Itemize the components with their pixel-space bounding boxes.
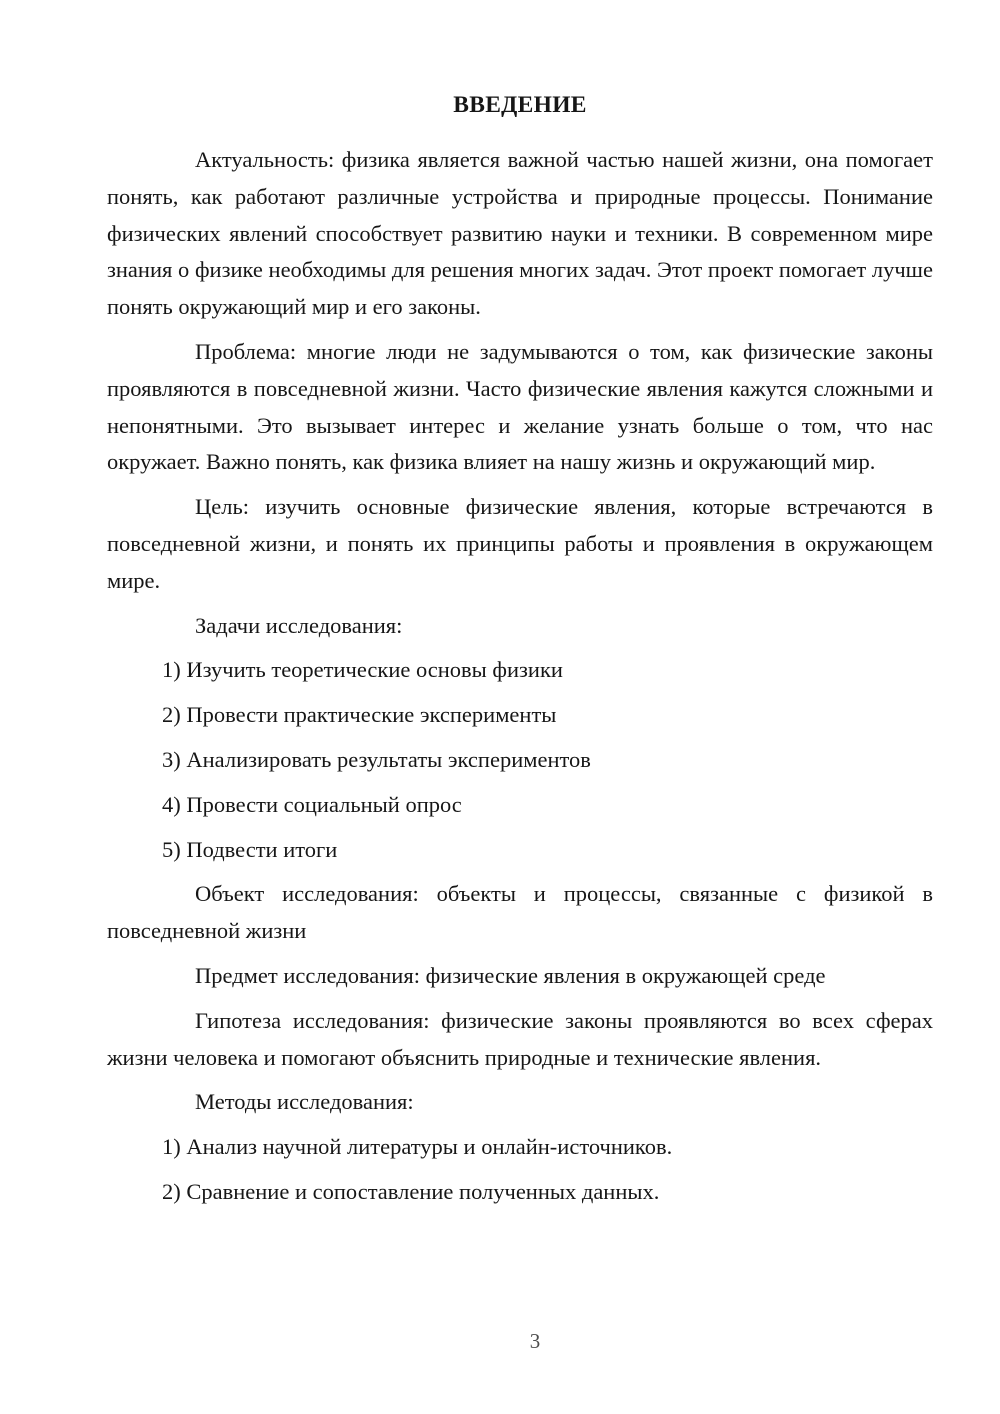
paragraph-hypothesis: Гипотеза исследования: физические законы… bbox=[107, 1003, 933, 1077]
list-item-task-1: 1) Изучить теоретические основы физики bbox=[107, 652, 933, 689]
paragraph-methods-heading: Методы исследования: bbox=[107, 1084, 933, 1121]
list-item-task-4: 4) Провести социальный опрос bbox=[107, 787, 933, 824]
paragraph-subject: Предмет исследования: физические явления… bbox=[107, 958, 933, 995]
list-item-method-2: 2) Сравнение и сопоставление полученных … bbox=[107, 1174, 933, 1211]
document-page: ВВЕДЕНИЕ Актуальность: физика является в… bbox=[0, 0, 1000, 1414]
paragraph-tasks-heading: Задачи исследования: bbox=[107, 608, 933, 645]
paragraph-goal: Цель: изучить основные физические явлени… bbox=[107, 489, 933, 599]
list-item-task-2: 2) Провести практические эксперименты bbox=[107, 697, 933, 734]
paragraph-problem: Проблема: многие люди не задумываются о … bbox=[107, 334, 933, 481]
list-item-task-3: 3) Анализировать результаты эксперименто… bbox=[107, 742, 933, 779]
page-title: ВВЕДЕНИЕ bbox=[107, 88, 933, 122]
page-number: 3 bbox=[70, 1326, 1000, 1356]
list-item-task-5: 5) Подвести итоги bbox=[107, 832, 933, 869]
paragraph-relevance: Актуальность: физика является важной час… bbox=[107, 142, 933, 326]
list-item-method-1: 1) Анализ научной литературы и онлайн-ис… bbox=[107, 1129, 933, 1166]
paragraph-object: Объект исследования: объекты и процессы,… bbox=[107, 876, 933, 950]
